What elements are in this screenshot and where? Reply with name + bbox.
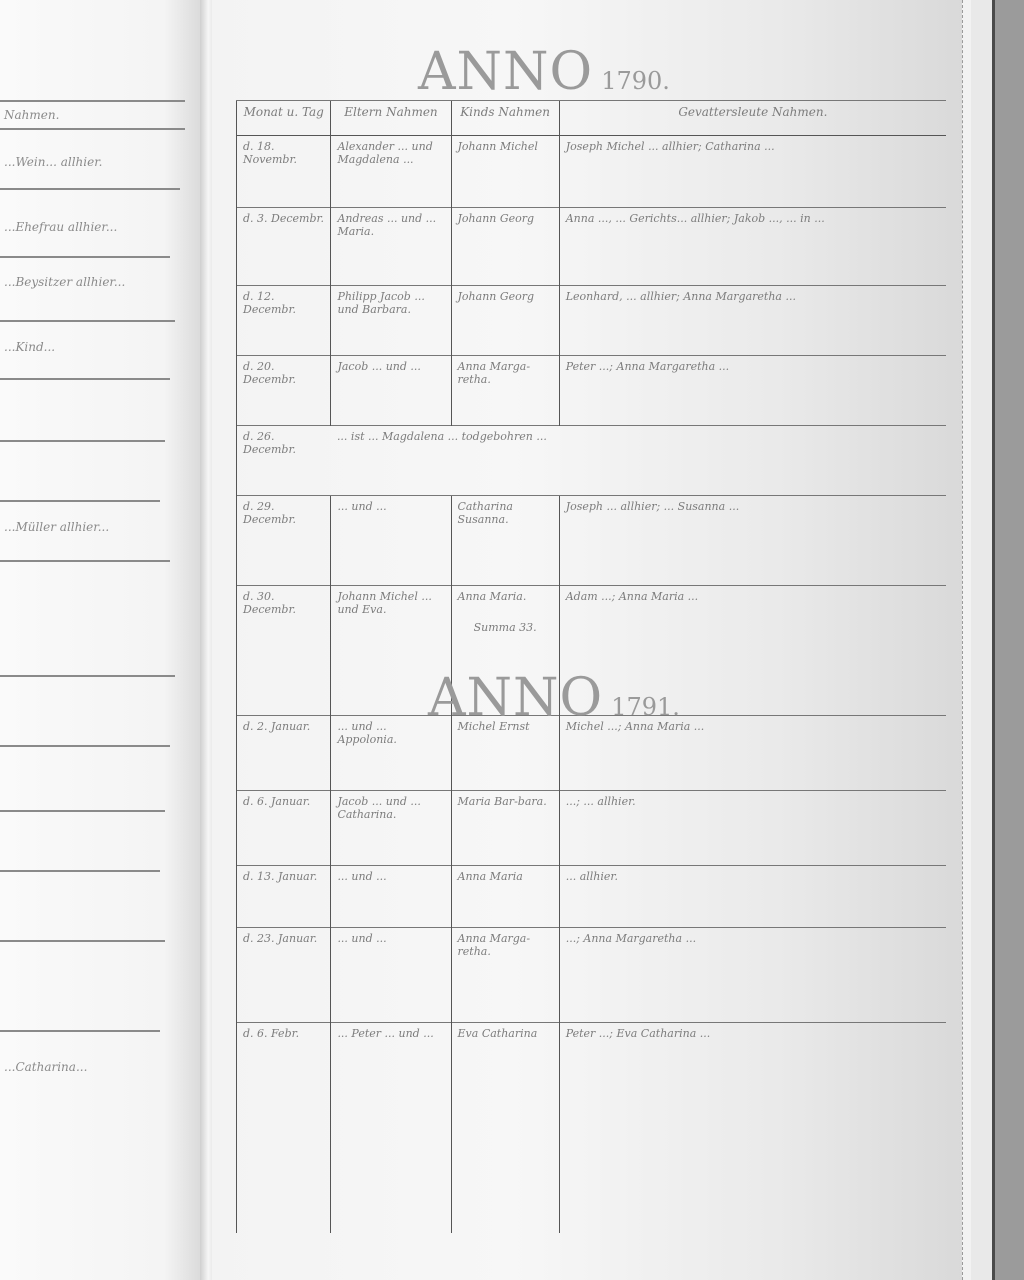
column-header-child: Kinds Nahmen (451, 101, 559, 136)
rule-line (0, 128, 185, 130)
left-fragment: ...Catharina... (4, 1060, 87, 1074)
left-fragment: ...Wein... allhier. (4, 155, 102, 169)
table-row: d. 6. Febr. ... Peter ... und ... Eva Ca… (237, 1023, 947, 1233)
rule-line (0, 320, 175, 322)
table-row: d. 29. Decembr. ... und ... Catharina Su… (237, 496, 947, 586)
summa-total: Summa 33. (458, 621, 553, 634)
page-edge (962, 0, 971, 1280)
table-row: d. 23. Januar. ... und ... Anna Marga-re… (237, 928, 947, 1023)
rule-line (0, 188, 180, 190)
rule-line (0, 100, 185, 102)
rule-line (0, 810, 165, 812)
table-row: d. 12. Decembr. Philipp Jacob ... und Ba… (237, 286, 947, 356)
rule-line (0, 256, 170, 258)
column-header-godparents: Gevattersleute Nahmen. (559, 101, 946, 136)
left-fragment: ...Kind... (4, 340, 55, 354)
rule-line (0, 560, 170, 562)
year-heading-1790: ANNO1790. (418, 42, 670, 102)
left-fragment: ...Ehefrau allhier... (4, 220, 117, 234)
rule-line (0, 940, 165, 942)
table-row: d. 13. Januar. ... und ... Anna Maria ..… (237, 866, 947, 928)
rule-line (0, 1030, 160, 1032)
table-row-note: d. 26. Decembr. ... ist ... Magdalena ..… (237, 426, 947, 496)
scan-border (992, 0, 1024, 1280)
rule-line (0, 870, 160, 872)
rule-line (0, 378, 170, 380)
left-fragment: ...Beysitzer allhier... (4, 275, 125, 289)
rule-line (0, 745, 170, 747)
left-fragment: ...Müller allhier... (4, 520, 109, 534)
left-page: Nahmen. ...Wein... allhier. ...Ehefrau a… (0, 0, 205, 1280)
rule-line (0, 675, 175, 677)
rule-line (0, 500, 160, 502)
column-header-parents: Eltern Nahmen (331, 101, 451, 136)
table-row: d. 20. Decembr. Jacob ... und ... Anna M… (237, 356, 947, 426)
column-header-date: Monat u. Tag (237, 101, 331, 136)
table-row: d. 18. Novembr. Alexander ... und Magdal… (237, 136, 947, 208)
table-row: d. 6. Januar. Jacob ... und ... Catharin… (237, 791, 947, 866)
register-table: Monat u. Tag Eltern Nahmen Kinds Nahmen … (236, 100, 946, 1233)
year-heading-1791: ANNO1791. (428, 668, 680, 728)
rule-line (0, 440, 165, 442)
left-page-header: Nahmen. (4, 108, 59, 122)
table-row: d. 3. Decembr. Andreas ... und ... Maria… (237, 208, 947, 286)
